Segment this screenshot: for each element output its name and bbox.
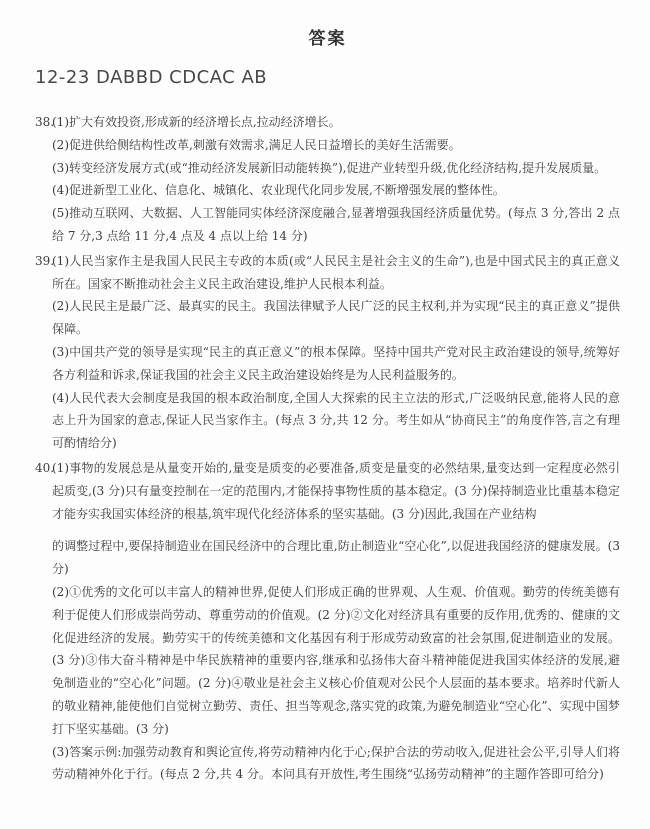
question-38-number: 38. (35, 111, 54, 134)
question-38-item-1: (1)扩大有效投资,形成新的经济增长点,拉动经济增长。 (52, 111, 620, 134)
multiple-choice-answer-key: 12-23 DABBD CDCAC AB (35, 67, 620, 89)
answer-sheet-page: 答案 12-23 DABBD CDCAC AB 38. (1)扩大有效投资,形成… (0, 0, 650, 829)
question-40-number: 40. (35, 457, 54, 480)
question-39-item-4: (4)人民代表大会制度是我国的根本政治制度,全国人大探索的民主立法的形式,广泛吸… (52, 387, 620, 455)
question-40-item-1-part-2: 的调整过程中,要保持制造业在国民经济中的合理比重,防止制造业“空心化”,以促进我… (52, 535, 620, 581)
question-38-item-5: (5)推动互联网、大数据、人工智能同实体经济深度融合,显著增强我国经济质量优势。… (52, 202, 620, 248)
question-40-item-3: (3)答案示例:加强劳动教育和舆论宣传,将劳动精神内化于心;保护合法的劳动收入,… (52, 741, 620, 787)
question-39-item-1: (1)人民当家作主是我国人民民主专政的本质(或“人民民主是社会主义的生命”),也… (52, 250, 620, 296)
question-38-item-4: (4)促进新型工业化、信息化、城镇化、农业现代化同步发展,不断增强发展的整体性。 (52, 179, 620, 202)
question-38: 38. (1)扩大有效投资,形成新的经济增长点,拉动经济增长。 (2)促进供给侧… (35, 111, 620, 248)
answers-body: 38. (1)扩大有效投资,形成新的经济增长点,拉动经济增长。 (2)促进供给侧… (35, 111, 620, 786)
question-39-number: 39. (35, 250, 54, 273)
question-38-item-3: (3)转变经济发展方式(或“推动经济发展新旧动能转换”),促进产业转型升级,优化… (52, 157, 620, 180)
page-title: 答案 (35, 28, 620, 50)
question-38-item-2: (2)促进供给侧结构性改革,刺激有效需求,满足人民日益增长的美好生活需要。 (52, 134, 620, 157)
question-39-item-2: (2)人民民主是最广泛、最真实的民主。我国法律赋予人民广泛的民主权利,并为实现“… (52, 295, 620, 341)
question-39: 39. (1)人民当家作主是我国人民民主专政的本质(或“人民民主是社会主义的生命… (35, 250, 620, 455)
question-39-item-3: (3)中国共产党的领导是实现“民主的真正意义”的根本保障。坚持中国共产党对民主政… (52, 341, 620, 387)
question-40-item-2: (2)①优秀的文化可以丰富人的精神世界,促使人们形成正确的世界观、人生观、价值观… (52, 581, 620, 741)
question-40-item-1-part-1: (1)事物的发展总是从量变开始的,量变是质变的必要准备,质变是量变的必然结果,量… (52, 457, 620, 525)
question-40: 40. (1)事物的发展总是从量变开始的,量变是质变的必要准备,质变是量变的必然… (35, 457, 620, 786)
